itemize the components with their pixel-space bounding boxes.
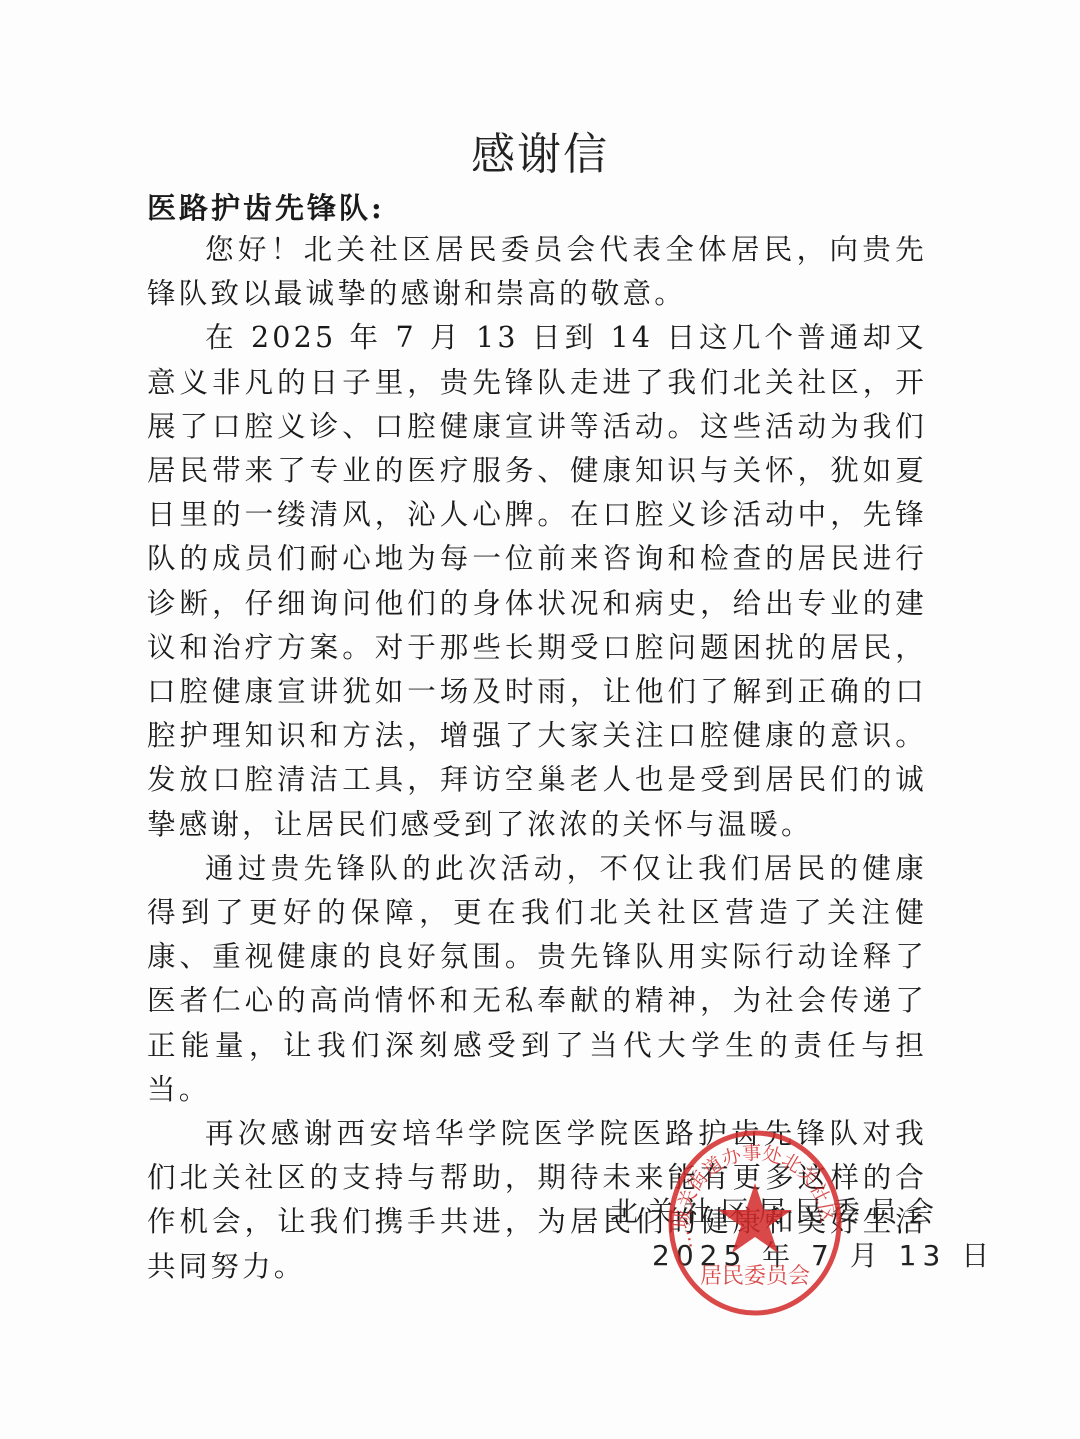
letter-title: 感谢信 — [0, 118, 1080, 182]
salutation: 医路护齿先锋队: — [147, 186, 385, 227]
paragraph-impact: 通过贵先锋队的此次活动，不仅让我们居民的健康得到了更好的保障，更在我们北关社区营… — [147, 847, 927, 1112]
seal-bottom-text: 居民委员会 — [700, 1264, 810, 1289]
official-seal-icon: …城关街道办事处北关社区 居民委员会 — [665, 1128, 845, 1318]
letter-page: 感谢信 医路护齿先锋队: 您好！北关社区居民委员会代表全体居民，向贵先锋队致以最… — [0, 0, 1080, 1439]
paragraph-greeting: 您好！北关社区居民委员会代表全体居民，向贵先锋队致以最诚挚的感谢和崇高的敬意。 — [147, 228, 927, 316]
paragraph-activities: 在 2025 年 7 月 13 日到 14 日这几个普通却又意义非凡的日子里，贵… — [147, 316, 927, 846]
